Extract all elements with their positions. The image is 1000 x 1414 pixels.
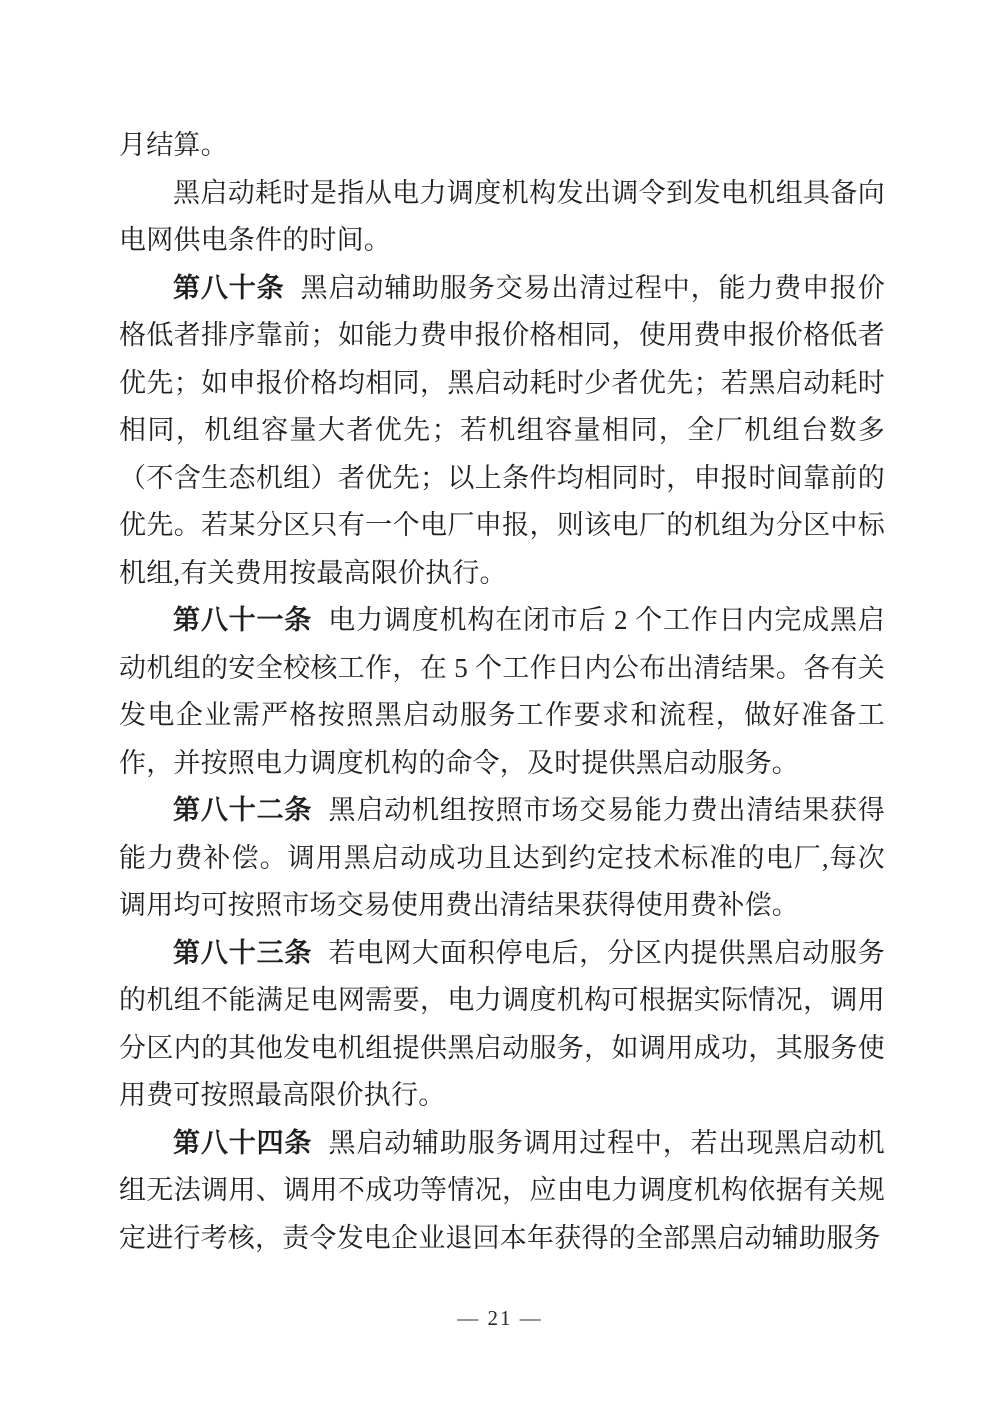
document-body: 月结算。 黑启动耗时是指从电力调度机构发出调令到发电机组具备向电网供电条件的时间… <box>119 122 885 1262</box>
document-page: 月结算。 黑启动耗时是指从电力调度机构发出调令到发电机组具备向电网供电条件的时间… <box>0 0 1000 1414</box>
article-number-heading: 第八十一条 <box>173 605 312 635</box>
paragraph-article-80: 第八十条黑启动辅助服务交易出清过程中，能力费申报价格低者排序靠前；如能力费申报价… <box>119 265 885 598</box>
article-number-heading: 第八十二条 <box>173 795 312 825</box>
paragraph-article-83: 第八十三条若电网大面积停电后，分区内提供黑启动服务的机组不能满足电网需要，电力调… <box>119 930 885 1120</box>
article-number-heading: 第八十条 <box>173 273 284 303</box>
article-number-heading: 第八十四条 <box>173 1128 312 1158</box>
paragraph-definition: 黑启动耗时是指从电力调度机构发出调令到发电机组具备向电网供电条件的时间。 <box>119 170 885 265</box>
paragraph-continuation: 月结算。 <box>119 122 885 170</box>
article-number-heading: 第八十三条 <box>173 938 312 968</box>
paragraph-text: 黑启动辅助服务交易出清过程中，能力费申报价格低者排序靠前；如能力费申报价格相同，… <box>119 273 885 588</box>
page-number: — 21 — <box>0 1303 1000 1333</box>
paragraph-text: 黑启动耗时是指从电力调度机构发出调令到发电机组具备向电网供电条件的时间。 <box>119 178 885 256</box>
paragraph-article-82: 第八十二条黑启动机组按照市场交易能力费出清结果获得能力费补偿。调用黑启动成功且达… <box>119 787 885 930</box>
paragraph-text: 月结算。 <box>119 130 228 160</box>
paragraph-article-84: 第八十四条黑启动辅助服务调用过程中，若出现黑启动机组无法调用、调用不成功等情况，… <box>119 1120 885 1263</box>
paragraph-article-81: 第八十一条电力调度机构在闭市后 2 个工作日内完成黑启动机组的安全校核工作，在 … <box>119 597 885 787</box>
